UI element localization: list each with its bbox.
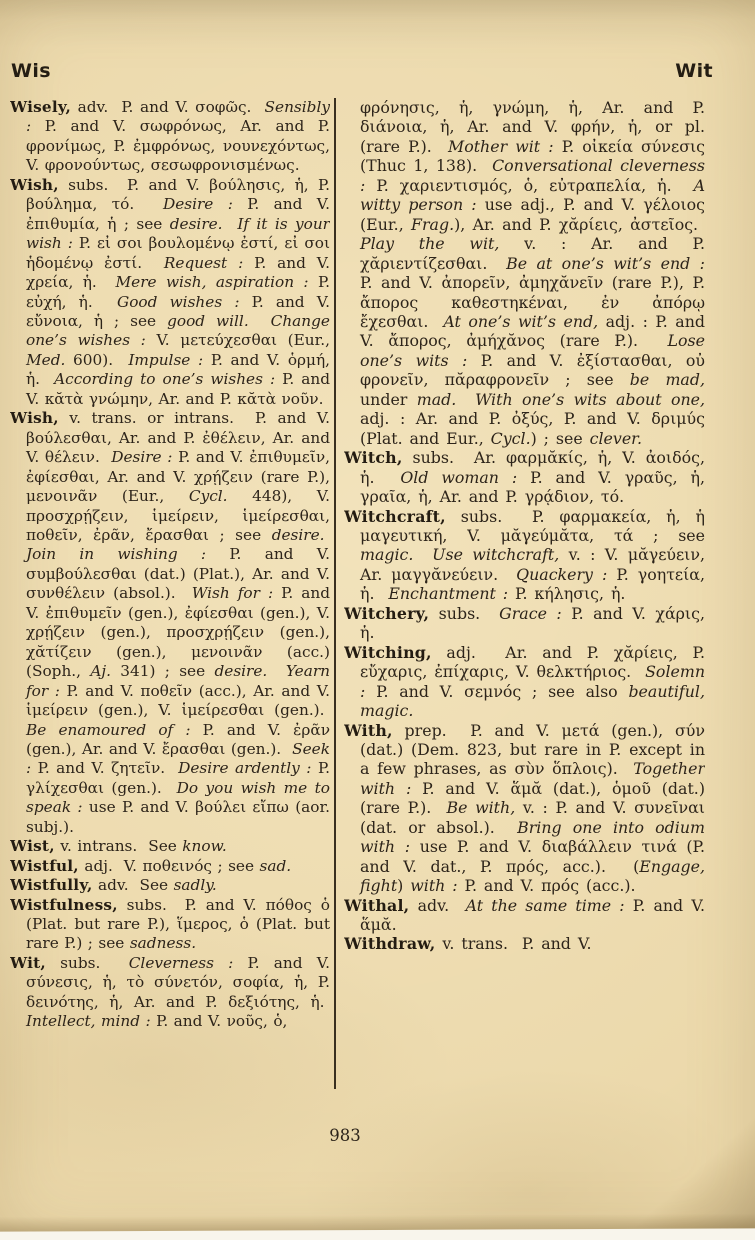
entry-text-segment: Desire : [163,195,247,213]
entry-text-segment: under [360,390,417,409]
left-column: Wisely, adv. P. and V. σοφῶς. Sensibly :… [10,98,330,1095]
running-head-right: Wit [675,60,713,82]
dictionary-entry: Witchcraft, subs. P. φαρμακεία, ἡ, ἡ μαγ… [344,507,705,604]
dictionary-entry: Withdraw, v. trans. P. and V. [344,934,705,953]
entry-text-segment: Play the wit, [360,234,524,253]
entry-text-segment: subs. [429,604,499,623]
dictionary-entry: Witching, adj. Ar. and P. χᾰρίεις, P. εὔ… [344,643,705,721]
entry-text-segment: adv. [409,896,465,915]
entry-text-segment: adv. P. and V. σοφῶς. [71,98,265,116]
dictionary-entry: Wistfulness, subs. P. and V. πόθος ὁ (Pl… [10,896,330,954]
entry-text-segment: with : [410,876,464,895]
entry-text-segment: Aj. [90,662,111,680]
entry-text-segment: ) ; see [531,429,590,448]
entry-text-segment: sadly. [174,876,217,894]
entry-headword: Wist, [10,837,55,855]
text-columns: Wisely, adv. P. and V. σοφῶς. Sensibly :… [10,98,707,1095]
dictionary-page: Wis Wit Wisely, adv. P. and V. σοφῶς. Se… [0,0,755,1240]
entry-headword: Wish, [10,176,59,194]
right-column: φρόνησις, ἡ, γνώμη, ἡ, Ar. and P. διάνοι… [344,98,705,1095]
entry-text-segment: P. and V. νοῦς, ὁ, [156,1012,287,1030]
entry-text-segment: Be enamoured of : [26,721,203,739]
entry-text-segment: Grace : [499,604,571,623]
entry-text-segment: Cycl. [189,487,228,505]
dictionary-entry: Wisely, adv. P. and V. σοφῶς. Sensibly :… [10,98,330,176]
entry-headword: Wisely, [10,98,71,116]
dictionary-entry: Wistful, adj. V. ποθεινός ; see sad. [10,857,330,876]
entry-text-segment: be mad, [630,370,705,389]
entry-text-segment: P. and V. σεμνός ; see also [376,682,628,701]
page-number: 983 [300,1126,390,1145]
entry-text-segment: v. intrans. See [55,837,183,855]
entry-text-segment: adj. V. ποθεινός ; see [79,857,260,875]
entry-text-segment: adv. See [92,876,173,894]
entry-headword: Witch, [344,448,403,467]
entry-text-segment: At one’s wit’s end, [443,312,605,331]
entry-headword: Wistfully, [10,876,92,894]
entry-text-segment: P. and V. σωφρόνως, Ar. and P. φρονίμως,… [26,117,330,174]
entry-text-segment: Request : [164,254,254,272]
entry-text-segment: subs. [46,954,129,972]
dictionary-entry: Wish, v. trans. or intrans. P. and V. βο… [10,409,330,837]
entry-text-segment: Be at one’s wit’s end : [506,254,705,273]
entry-text-segment: Cycl. [491,429,531,448]
dictionary-entry: Wish, subs. P. and V. βούλησις, ἡ, P. βο… [10,176,330,409]
entry-headword: Wish, [10,409,59,427]
entry-text-segment: V. μετεύχεσθαι (Eur., [156,331,330,349]
dictionary-entry-continuation: φρόνησις, ἡ, γνώμη, ἡ, Ar. and P. διάνοι… [344,98,705,448]
dictionary-entry: With, prep. P. and V. μετά (gen.), σύν (… [344,721,705,896]
entry-text-segment: P. and V. πρός (acc.). [465,876,636,895]
entry-headword: Wistful, [10,857,79,875]
entry-text-segment: ), Ar. and P. χᾰρίεις, ἀστεῖος. [454,215,705,234]
entry-headword: Wistfulness, [10,896,118,914]
entry-text-segment: Enchantment : [388,584,515,603]
entry-text-segment: Frag. [411,215,454,234]
entry-text-segment: P. χαριεντισμός, ὁ, εὐτραπελία, ἡ. [376,176,693,195]
running-head-left: Wis [11,60,51,82]
entry-text-segment: Quackery : [516,565,616,584]
entry-text-segment: 600). [65,351,128,369]
entry-text-segment: P. and V. ποθεῖν (acc.), Ar. and V. ἱμεί… [26,682,330,719]
entry-text-segment: Wish for : [192,584,281,602]
entry-headword: Witching, [344,643,432,662]
entry-text-segment: Mere wish, aspiration : [116,273,318,291]
entry-text-segment: know. [182,837,226,855]
entry-text-segment: Desire ardently : [178,759,318,777]
entry-text-segment: P. κήλησις, ἡ. [515,584,625,603]
dictionary-entry: Wistfully, adv. See sadly. [10,876,330,895]
dictionary-entry: Withal, adv. At the same time : P. and V… [344,896,705,935]
entry-text-segment: clever. [590,429,642,448]
entry-text-segment: sad. [260,857,292,875]
entry-text-segment: magic. Use witchcraft, [360,545,569,564]
entry-text-segment: Cleverness : [129,954,248,972]
entry-text-segment: P. and V. ζητεῖν. [38,759,178,777]
running-head: Wis Wit [11,60,713,82]
dictionary-entry: Witch, subs. Ar. φαρμᾰκίς, ἡ, V. ἀοιδός,… [344,448,705,506]
entry-headword: Witchery, [344,604,429,623]
dictionary-entry: Wit, subs. Cleverness : P. and V. σύνεσι… [10,954,330,1032]
entry-text-segment: Impulse : [128,351,210,369]
entry-text-segment: v. trans. P. and V. [435,934,591,953]
entry-text-segment: At the same time : [466,896,633,915]
entry-text-segment: sadness. [130,934,196,952]
entry-text-segment: According to one’s wishes : [54,370,282,388]
entry-text-segment: Intellect, mind : [26,1012,156,1030]
column-divider-rule [334,98,336,1089]
entry-text-segment: mad. With one’s wits about one, [417,390,705,409]
entry-text-segment: 341) ; see [111,662,214,680]
dictionary-entry: Witchery, subs. Grace : P. and V. χάρις,… [344,604,705,643]
entry-headword: Withdraw, [344,934,435,953]
entry-headword: Witchcraft, [344,507,446,526]
entry-text-segment: Mother wit : [448,137,562,156]
entry-headword: With, [344,721,393,740]
entry-text-segment: Old woman : [400,468,530,487]
entry-headword: Wit, [10,954,46,972]
entry-text-segment: ) [397,876,410,895]
entry-text-segment: Med. [26,351,65,369]
entry-text-segment: Good wishes : [117,293,252,311]
entry-headword: Withal, [344,896,409,915]
entry-text-segment: Be with, [447,798,523,817]
entry-text-segment: Desire : [111,448,178,466]
dictionary-entry: Wist, v. intrans. See know. [10,837,330,856]
